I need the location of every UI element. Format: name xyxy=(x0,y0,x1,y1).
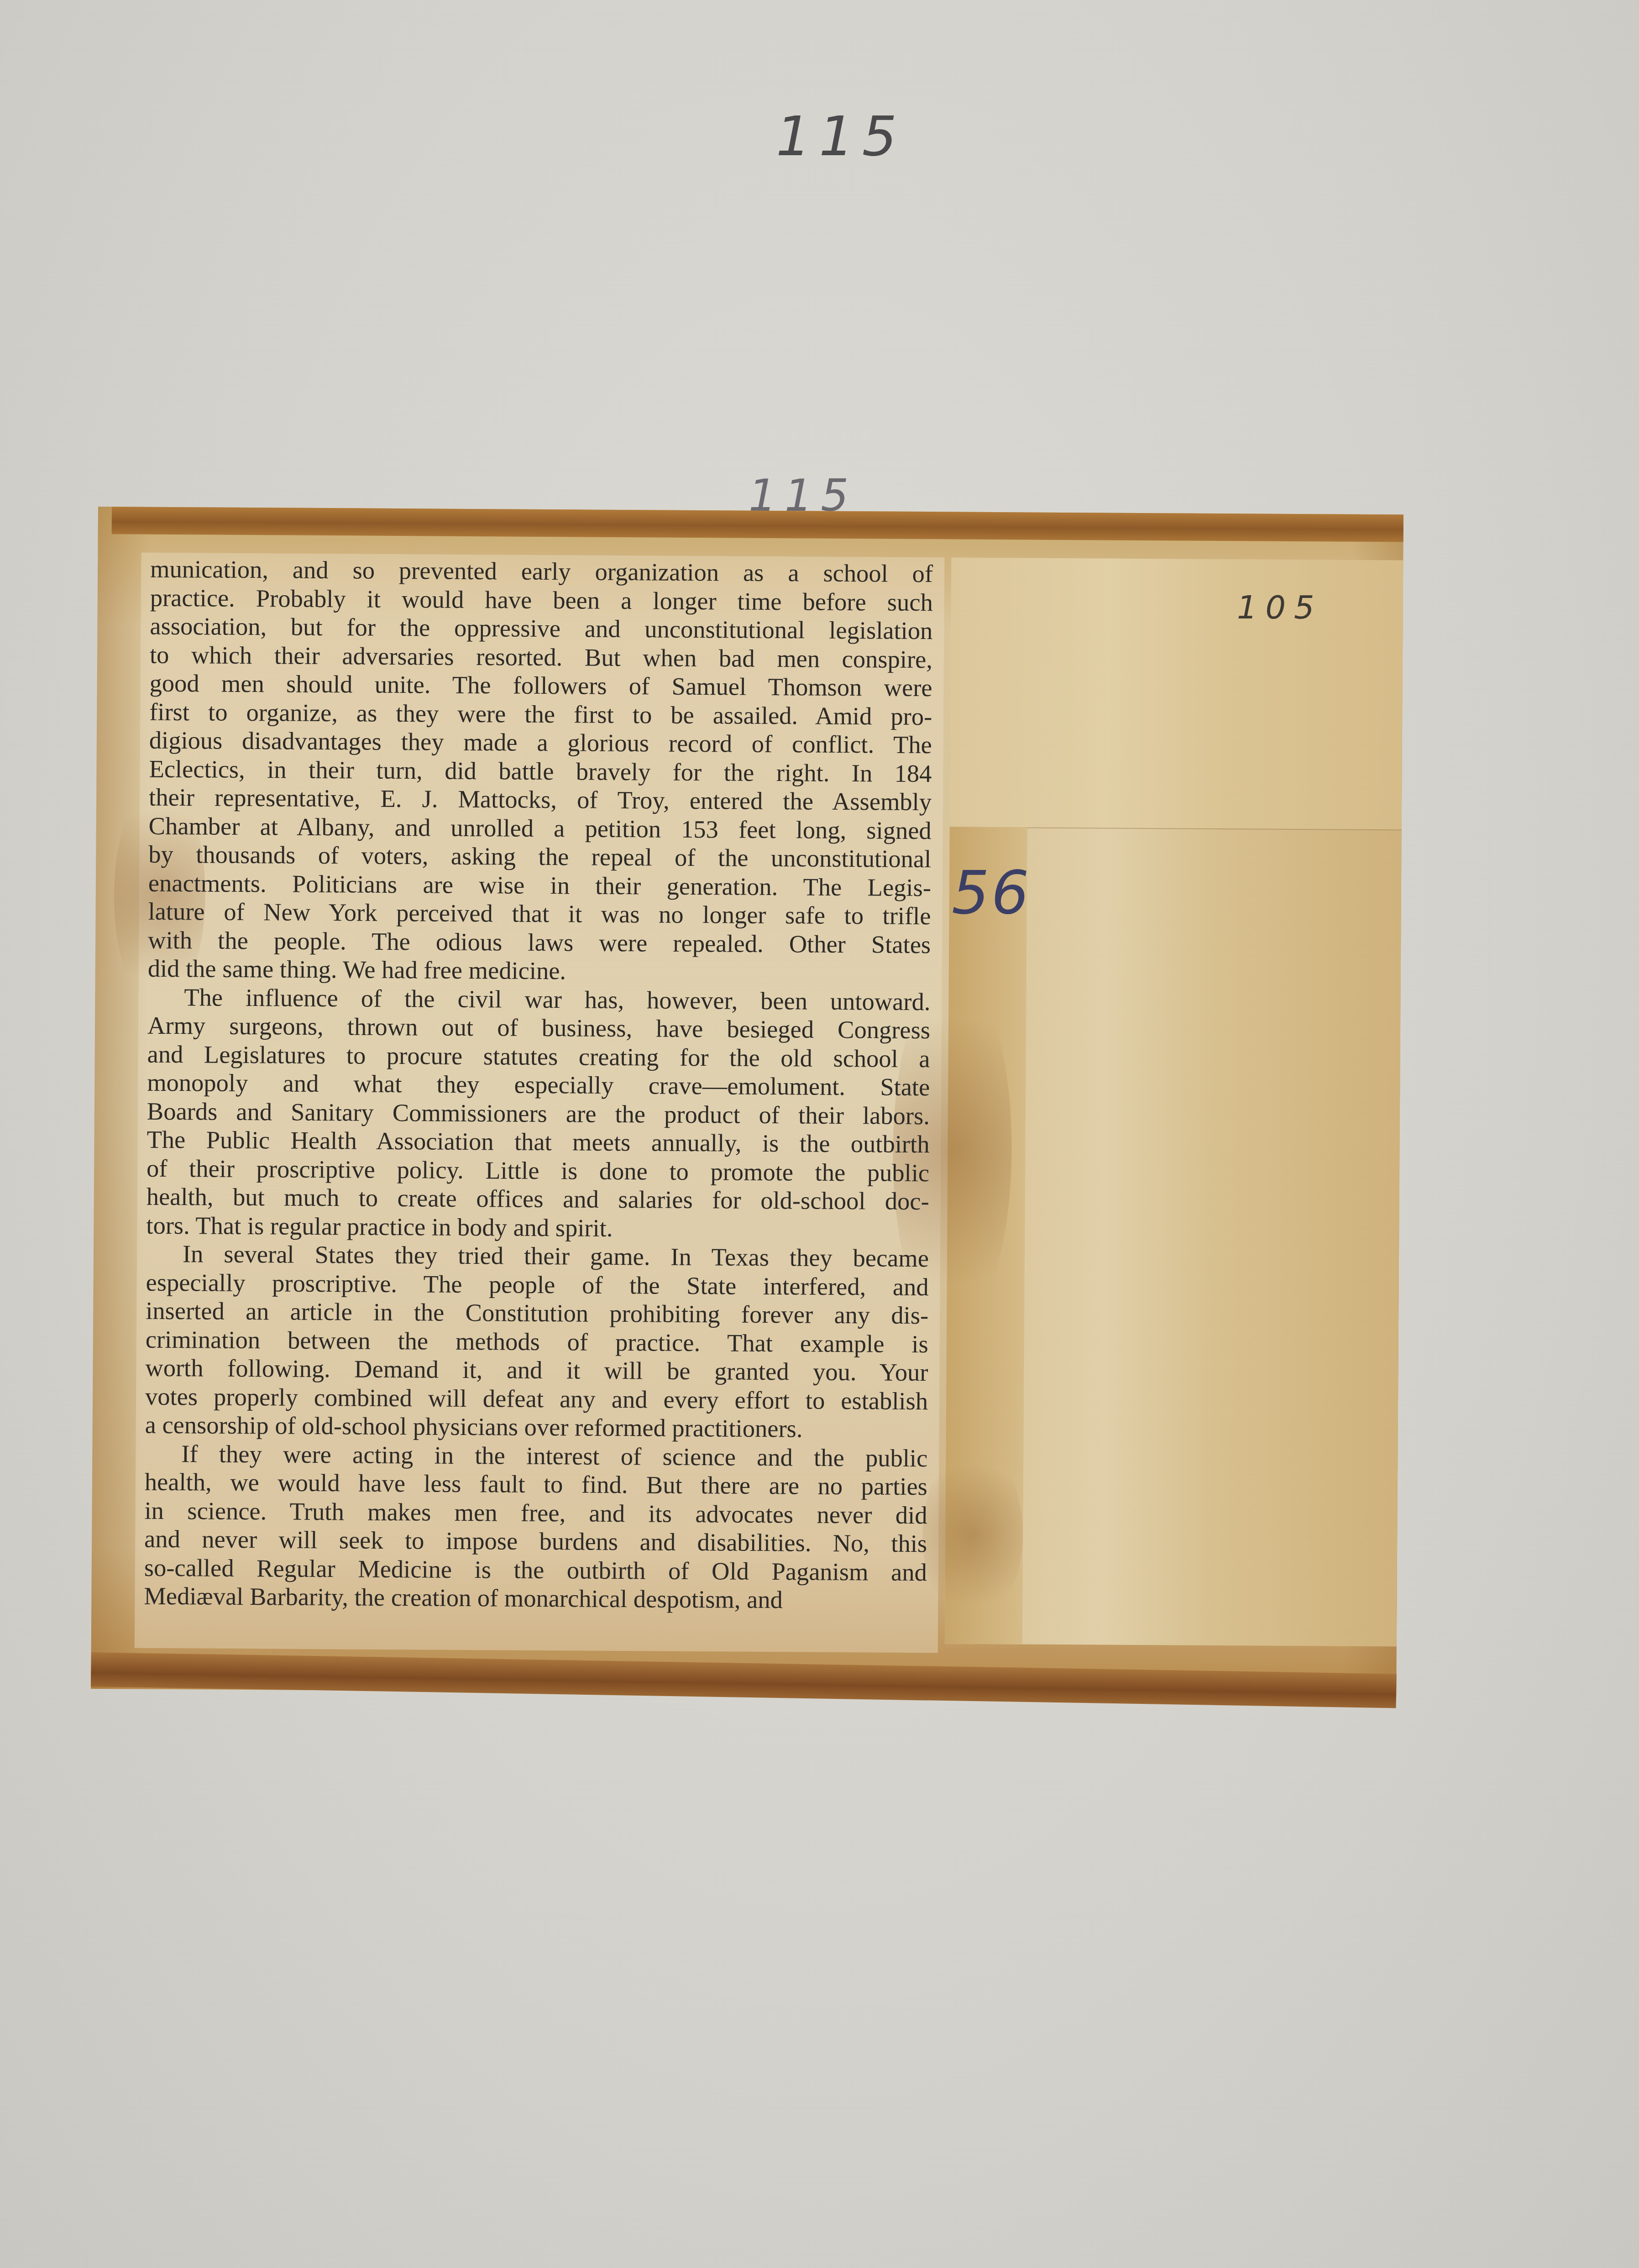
article-line: so-called Regular Medicine is the outbir… xyxy=(144,1553,927,1587)
article-line: The influence of the civil war has, howe… xyxy=(147,983,930,1016)
article-line: Boards and Sanitary Commissioners are th… xyxy=(147,1097,930,1130)
newspaper-clipping: munication, and so prevented early organ… xyxy=(91,507,1403,1697)
article-line: health, but much to create offices and s… xyxy=(147,1183,929,1216)
article-line: enactments. Politicians are wise in thei… xyxy=(148,869,931,902)
article-line: to which their adversaries resorted. But… xyxy=(150,640,932,674)
article-line: a censorship of old-school physicians ov… xyxy=(145,1411,928,1444)
article-line: In several States they tried their game.… xyxy=(146,1240,929,1273)
article-line: lature of New York perceived that it was… xyxy=(148,897,931,931)
article-line: crimination between the methods of pract… xyxy=(146,1325,928,1358)
article-line: good men should unite. The followers of … xyxy=(149,669,932,702)
article-line: association, but for the oppressive and … xyxy=(150,612,932,645)
article-line: did the same thing. We had free medicine… xyxy=(148,954,931,988)
article-line: of their proscriptive policy. Little is … xyxy=(147,1154,929,1187)
article-line: Eclectics, in their turn, did battle bra… xyxy=(149,754,932,788)
stained-top-edge xyxy=(112,507,1403,542)
margin-number: 56 xyxy=(952,858,1031,927)
article-text: munication, and so prevented early organ… xyxy=(144,555,933,1615)
article-line: munication, and so prevented early organ… xyxy=(150,555,933,588)
scrapbook-page: 115 115 munication, and so prevented ear… xyxy=(0,0,1639,2268)
article-paragraph: In several States they tried their game.… xyxy=(145,1240,929,1444)
article-line: monopoly and what they especially crave—… xyxy=(147,1069,930,1102)
article-paragraph: If they were acting in the interest of s… xyxy=(144,1439,927,1615)
article-line: and Legislatures to procure statutes cre… xyxy=(147,1040,930,1073)
article-line: Chamber at Albany, and unrolled a petiti… xyxy=(149,812,932,845)
article-line: tors. That is regular practice in body a… xyxy=(146,1211,929,1244)
article-line: The Public Health Association that meets… xyxy=(147,1126,929,1159)
handwritten-page-number: 115 xyxy=(776,105,905,168)
article-line: inserted an article in the Constitution … xyxy=(146,1297,928,1330)
article-line: worth following. Demand it, and it will … xyxy=(145,1354,928,1387)
article-line: digious disadvantages they made a glorio… xyxy=(149,726,932,759)
article-line: practice. Probably it would have been a … xyxy=(150,583,933,617)
stained-bottom-edge xyxy=(91,1652,1397,1708)
article-line: in science. Truth makes men free, and it… xyxy=(144,1496,927,1529)
article-line: especially proscriptive. The people of t… xyxy=(146,1268,928,1301)
article-line: by thousands of voters, asking the repea… xyxy=(148,840,931,874)
article-line: health, we would have less fault to find… xyxy=(145,1468,927,1501)
article-line: Army surgeons, thrown out of business, h… xyxy=(147,1011,930,1045)
article-paragraph: The influence of the civil war has, howe… xyxy=(146,983,930,1244)
article-line: votes properly combined will defeat any … xyxy=(145,1382,928,1415)
article-line: with the people. The odious laws were re… xyxy=(148,926,931,959)
clipping-number: 105 xyxy=(1237,589,1323,626)
article-line: Mediæval Barbarity, the creation of mona… xyxy=(144,1582,927,1615)
article-line: and never will seek to impose burdens an… xyxy=(144,1525,927,1558)
blank-paper-upper-patch xyxy=(950,557,1403,830)
article-line: If they were acting in the interest of s… xyxy=(145,1439,927,1472)
article-paragraph: munication, and so prevented early organ… xyxy=(148,555,933,988)
article-line: their representative, E. J. Mattocks, of… xyxy=(149,783,932,817)
article-line: first to organize, as they were the firs… xyxy=(149,697,932,731)
